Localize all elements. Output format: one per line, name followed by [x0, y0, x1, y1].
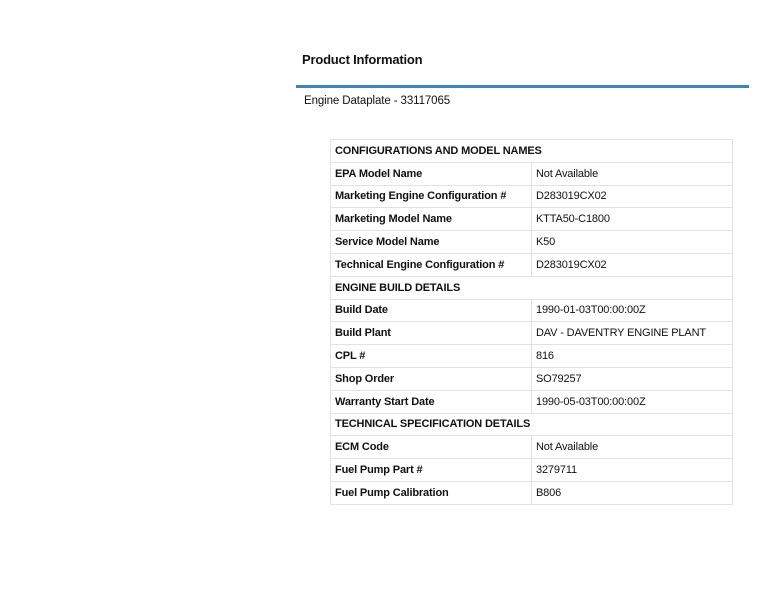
table-row: Marketing Engine Configuration #D283019C… — [331, 185, 733, 208]
table-row: Fuel Pump Part #3279711 — [331, 459, 733, 482]
field-value: D283019CX02 — [532, 253, 733, 276]
field-value: 1990-05-03T00:00:00Z — [532, 390, 733, 413]
field-label: ECM Code — [331, 436, 532, 459]
field-label: Build Date — [331, 299, 532, 322]
field-label: Marketing Engine Configuration # — [331, 185, 532, 208]
dataplate-subtitle: Engine Dataplate - 33117065 — [304, 95, 450, 107]
field-value: 1990-01-03T00:00:00Z — [532, 299, 733, 322]
table-row: Shop OrderSO79257 — [331, 367, 733, 390]
table-row: EPA Model NameNot Available — [331, 162, 733, 185]
field-value: Not Available — [532, 162, 733, 185]
field-value: 3279711 — [532, 459, 733, 482]
table-row: CPL #816 — [331, 345, 733, 368]
field-label: EPA Model Name — [331, 162, 532, 185]
table-row: Marketing Model NameKTTA50-C1800 — [331, 208, 733, 231]
table-row: Build PlantDAV - DAVENTRY ENGINE PLANT — [331, 322, 733, 345]
table-row: ECM CodeNot Available — [331, 436, 733, 459]
section-heading: ENGINE BUILD DETAILS — [331, 276, 733, 299]
field-label: Warranty Start Date — [331, 390, 532, 413]
table-row: Warranty Start Date1990-05-03T00:00:00Z — [331, 390, 733, 413]
table-row: Fuel Pump CalibrationB806 — [331, 481, 733, 504]
field-value: K50 — [532, 231, 733, 254]
field-value: B806 — [532, 481, 733, 504]
field-label: Fuel Pump Calibration — [331, 481, 532, 504]
title-divider — [296, 85, 749, 88]
field-label: Marketing Model Name — [331, 208, 532, 231]
field-label: Build Plant — [331, 322, 532, 345]
field-label: CPL # — [331, 345, 532, 368]
table-body: CONFIGURATIONS AND MODEL NAMESEPA Model … — [331, 140, 733, 505]
field-label: Shop Order — [331, 367, 532, 390]
field-label: Service Model Name — [331, 231, 532, 254]
table-row: Service Model NameK50 — [331, 231, 733, 254]
field-label: Fuel Pump Part # — [331, 459, 532, 482]
section-header-row: TECHNICAL SPECIFICATION DETAILS — [331, 413, 733, 436]
section-header-row: CONFIGURATIONS AND MODEL NAMES — [331, 140, 733, 163]
page-title: Product Information — [302, 52, 422, 67]
section-header-row: ENGINE BUILD DETAILS — [331, 276, 733, 299]
section-heading: TECHNICAL SPECIFICATION DETAILS — [331, 413, 733, 436]
table-row: Build Date1990-01-03T00:00:00Z — [331, 299, 733, 322]
field-value: KTTA50-C1800 — [532, 208, 733, 231]
engine-dataplate-table: CONFIGURATIONS AND MODEL NAMESEPA Model … — [330, 139, 733, 505]
field-value: DAV - DAVENTRY ENGINE PLANT — [532, 322, 733, 345]
product-information-page: Product Information Engine Dataplate - 3… — [0, 0, 776, 600]
section-heading: CONFIGURATIONS AND MODEL NAMES — [331, 140, 733, 163]
field-value: Not Available — [532, 436, 733, 459]
field-value: D283019CX02 — [532, 185, 733, 208]
field-value: 816 — [532, 345, 733, 368]
table-row: Technical Engine Configuration #D283019C… — [331, 253, 733, 276]
field-value: SO79257 — [532, 367, 733, 390]
field-label: Technical Engine Configuration # — [331, 253, 532, 276]
